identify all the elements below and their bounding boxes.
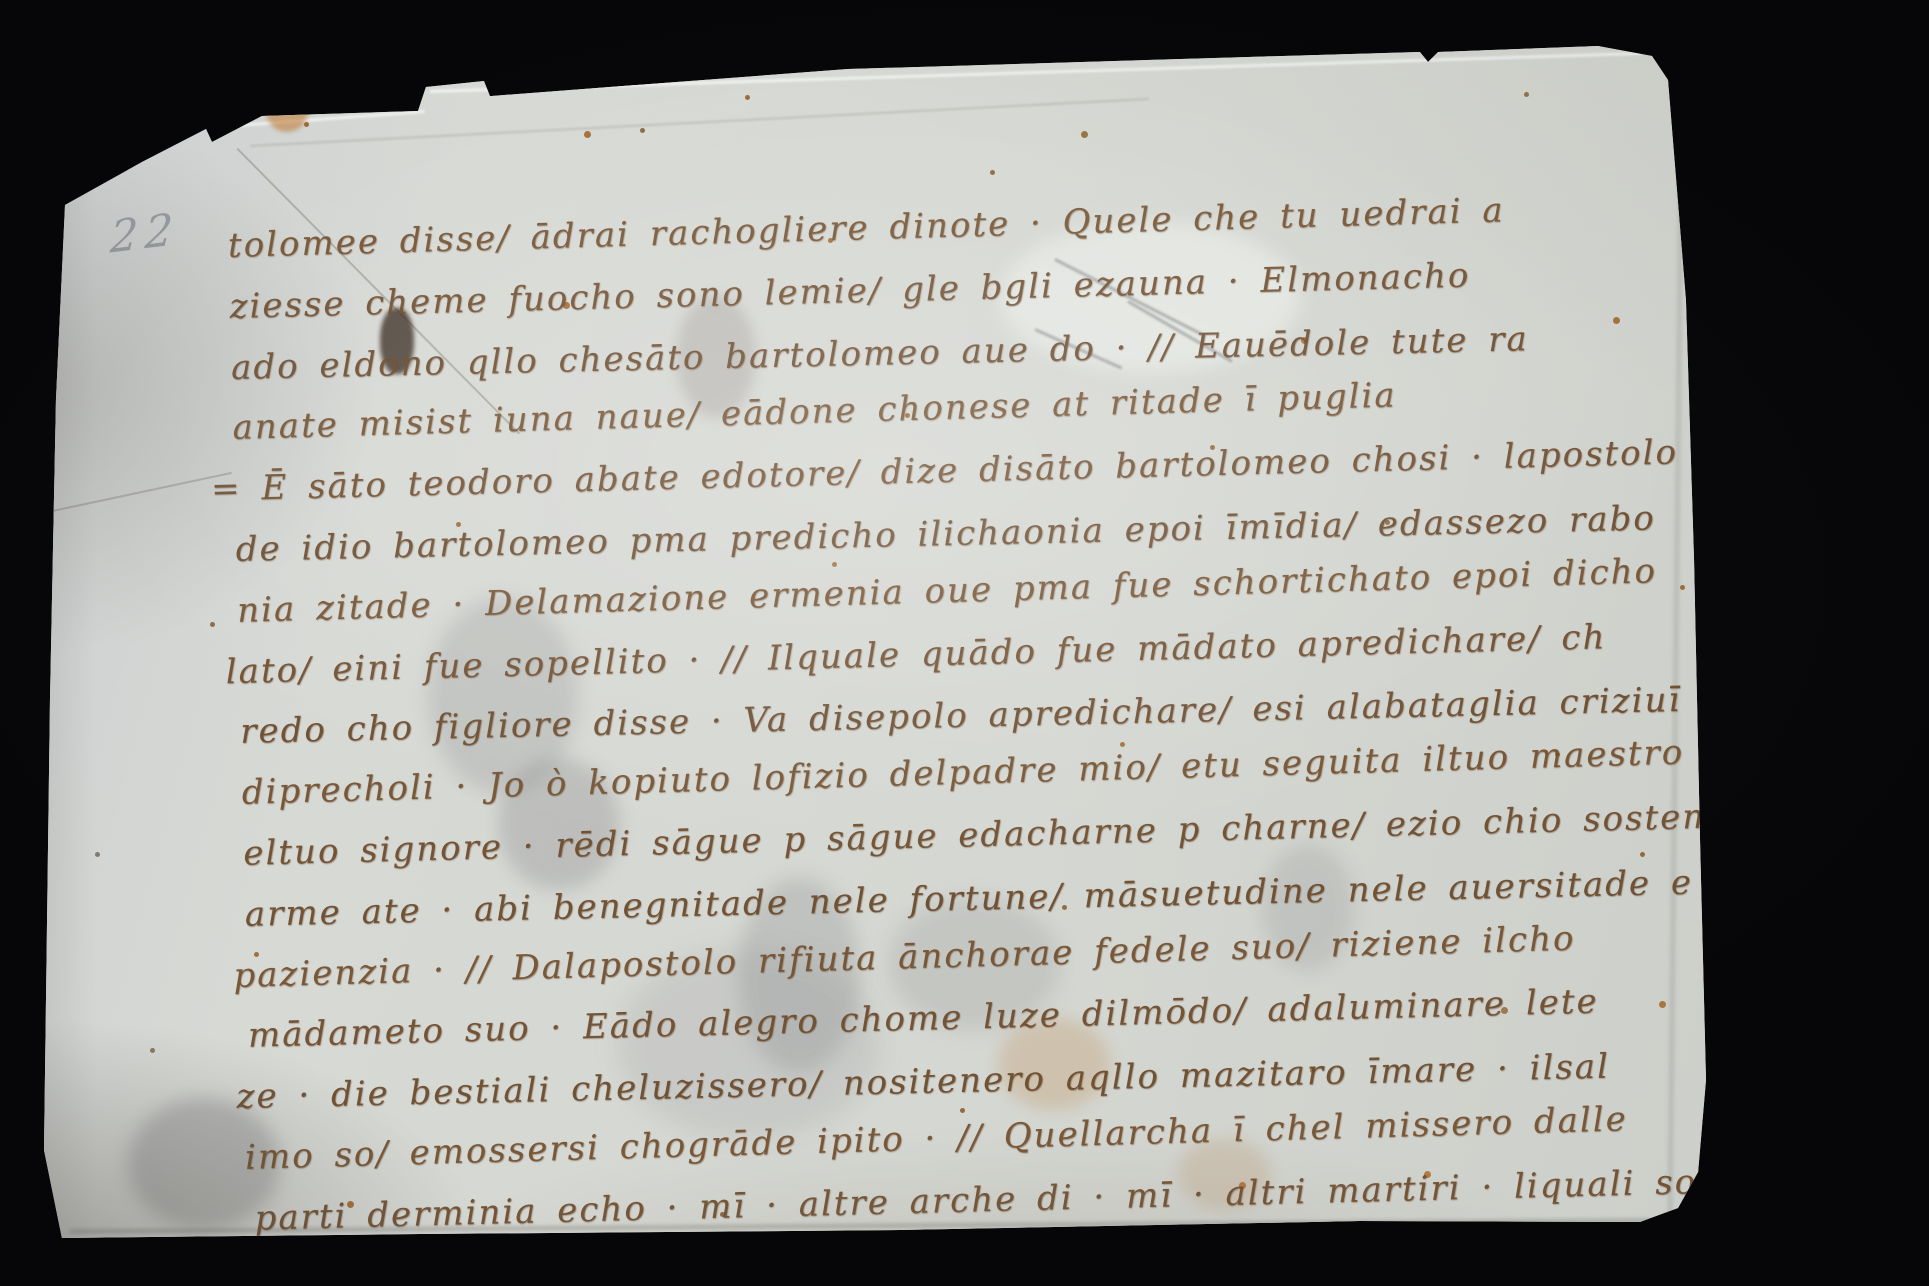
photo-stage: 22 tolomee disse/ ādrai rachogliere dino… [0,0,1929,1286]
manuscript-page: 22 tolomee disse/ ādrai rachogliere dino… [0,0,1929,1286]
fold-line [250,98,1149,147]
handwritten-text-block: tolomee disse/ ādrai rachogliere dinote … [0,177,1814,1255]
torn-top-edge-highlight [430,52,1641,93]
torn-top-edge-highlight [212,110,425,129]
rust-stain [266,90,308,132]
foxing-speckles [0,0,5,5]
